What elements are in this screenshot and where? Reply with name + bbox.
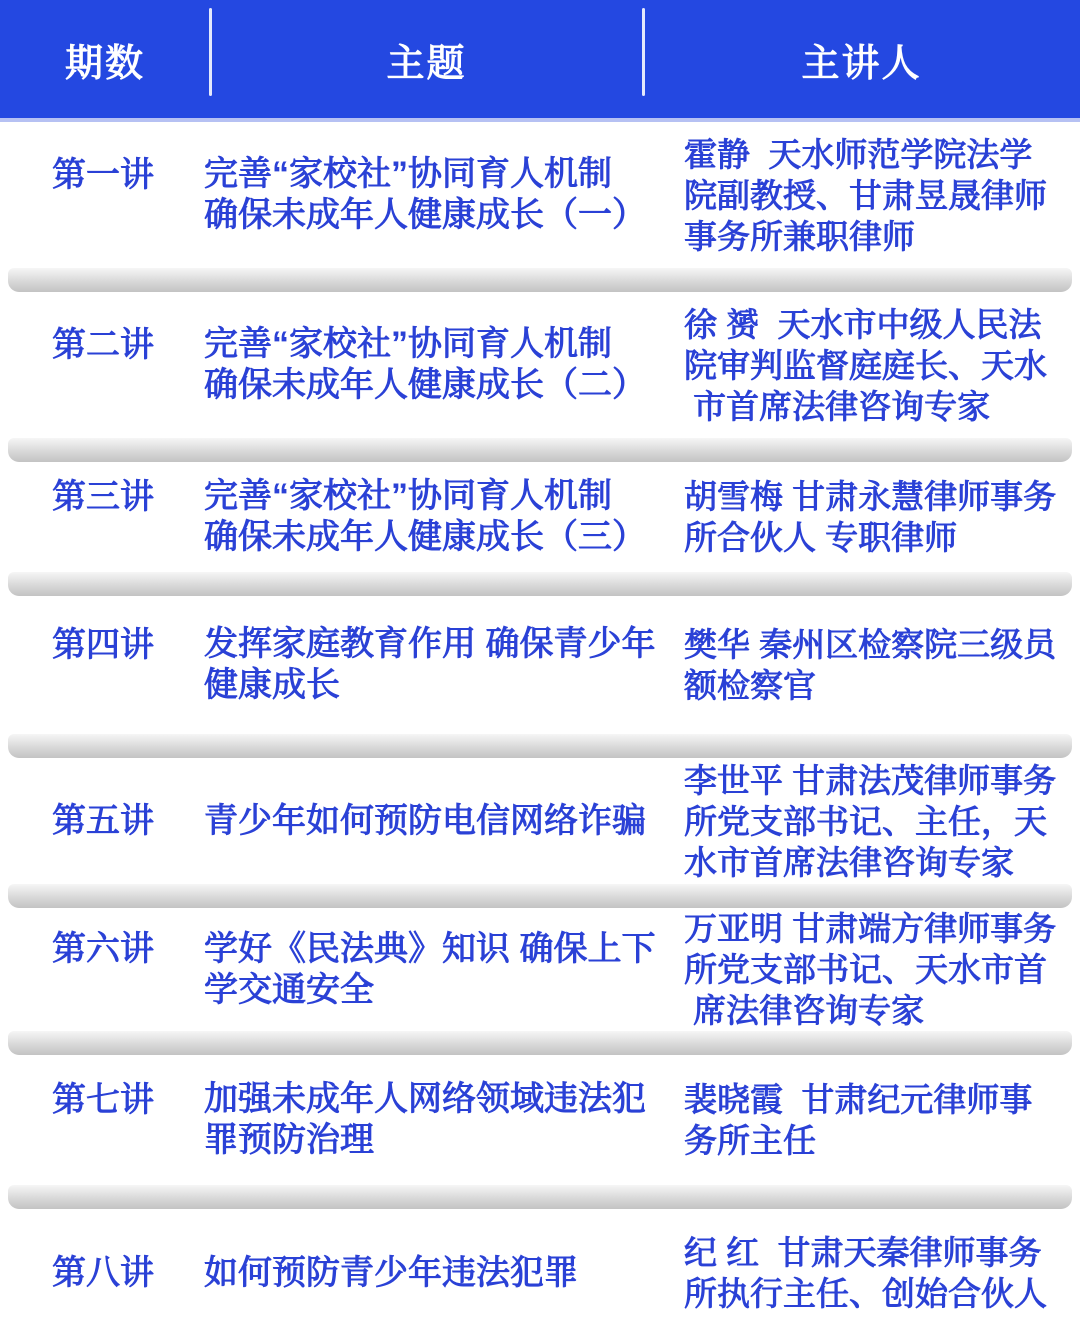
table-header: 期数 主题 主讲人 (0, 0, 1080, 122)
speaker-cell: 万亚明 甘肃端方律师事务 所党支部书记、天水市首 席法律咨询专家 (672, 908, 1080, 1031)
issue-cell: 第七讲 (0, 1080, 200, 1121)
row-separator (8, 438, 1072, 462)
row-separator (8, 1031, 1072, 1055)
row-separator (8, 1185, 1072, 1209)
schedule-table: 第一讲 完善“家校社”协同育人机制 确保未成年人健康成长（一） 霍静 天水师范学… (0, 122, 1080, 1337)
table-row: 第一讲 完善“家校社”协同育人机制 确保未成年人健康成长（一） 霍静 天水师范学… (0, 122, 1080, 268)
table-row: 第七讲 加强未成年人网络领域违法犯 罪预防治理 裴晓霞 甘肃纪元律师事 务所主任 (0, 1055, 1080, 1185)
row-separator (8, 884, 1072, 908)
topic-cell: 发挥家庭教育作用 确保青少年 健康成长 (200, 624, 672, 706)
issue-cell: 第三讲 (0, 477, 200, 518)
table-row: 第二讲 完善“家校社”协同育人机制 确保未成年人健康成长（二） 徐 赟 天水市中… (0, 292, 1080, 438)
table-row: 第三讲 完善“家校社”协同育人机制 确保未成年人健康成长（三） 胡雪梅 甘肃永慧… (0, 462, 1080, 572)
table-row: 第四讲 发挥家庭教育作用 确保青少年 健康成长 樊华 秦州区检察院三级员 额检察… (0, 596, 1080, 734)
speaker-cell: 胡雪梅 甘肃永慧律师事务 所合伙人 专职律师 (672, 476, 1080, 558)
issue-cell: 第二讲 (0, 325, 200, 366)
header-cell-topic: 主题 (210, 32, 643, 87)
row-separator (8, 734, 1072, 758)
header-cell-speaker: 主讲人 (643, 32, 1080, 87)
issue-cell: 第一讲 (0, 155, 200, 196)
speaker-cell: 徐 赟 天水市中级人民法 院审判监督庭庭长、天水 市首席法律咨询专家 (672, 304, 1080, 427)
topic-cell: 完善“家校社”协同育人机制 确保未成年人健康成长（二） (200, 324, 672, 406)
issue-cell: 第六讲 (0, 929, 200, 970)
speaker-cell: 樊华 秦州区检察院三级员 额检察官 (672, 624, 1080, 706)
topic-cell: 加强未成年人网络领域违法犯 罪预防治理 (200, 1079, 672, 1161)
topic-cell: 学好《民法典》知识 确保上下 学交通安全 (200, 929, 672, 1011)
header-cell-issue: 期数 (0, 32, 210, 87)
issue-cell: 第八讲 (0, 1253, 200, 1294)
topic-cell: 完善“家校社”协同育人机制 确保未成年人健康成长（三） (200, 476, 672, 558)
row-separator (8, 572, 1072, 596)
table-row: 第八讲 如何预防青少年违法犯罪 纪 红 甘肃天秦律师事务 所执行主任、创始合伙人 (0, 1209, 1080, 1337)
header-column-divider (209, 8, 212, 96)
topic-cell: 完善“家校社”协同育人机制 确保未成年人健康成长（一） (200, 154, 672, 236)
speaker-cell: 霍静 天水师范学院法学 院副教授、甘肃昱晟律师 事务所兼职律师 (672, 134, 1080, 257)
table-row: 第六讲 学好《民法典》知识 确保上下 学交通安全 万亚明 甘肃端方律师事务 所党… (0, 908, 1080, 1031)
speaker-cell: 李世平 甘肃法茂律师事务 所党支部书记、主任，天 水市首席法律咨询专家 (672, 760, 1080, 883)
table-row: 第五讲 青少年如何预防电信网络诈骗 李世平 甘肃法茂律师事务 所党支部书记、主任… (0, 758, 1080, 884)
issue-cell: 第四讲 (0, 625, 200, 666)
row-separator (8, 268, 1072, 292)
header-column-divider (642, 8, 645, 96)
speaker-cell: 纪 红 甘肃天秦律师事务 所执行主任、创始合伙人 (672, 1232, 1080, 1314)
issue-cell: 第五讲 (0, 801, 200, 842)
topic-cell: 如何预防青少年违法犯罪 (200, 1253, 672, 1294)
topic-cell: 青少年如何预防电信网络诈骗 (200, 801, 672, 842)
speaker-cell: 裴晓霞 甘肃纪元律师事 务所主任 (672, 1079, 1080, 1161)
